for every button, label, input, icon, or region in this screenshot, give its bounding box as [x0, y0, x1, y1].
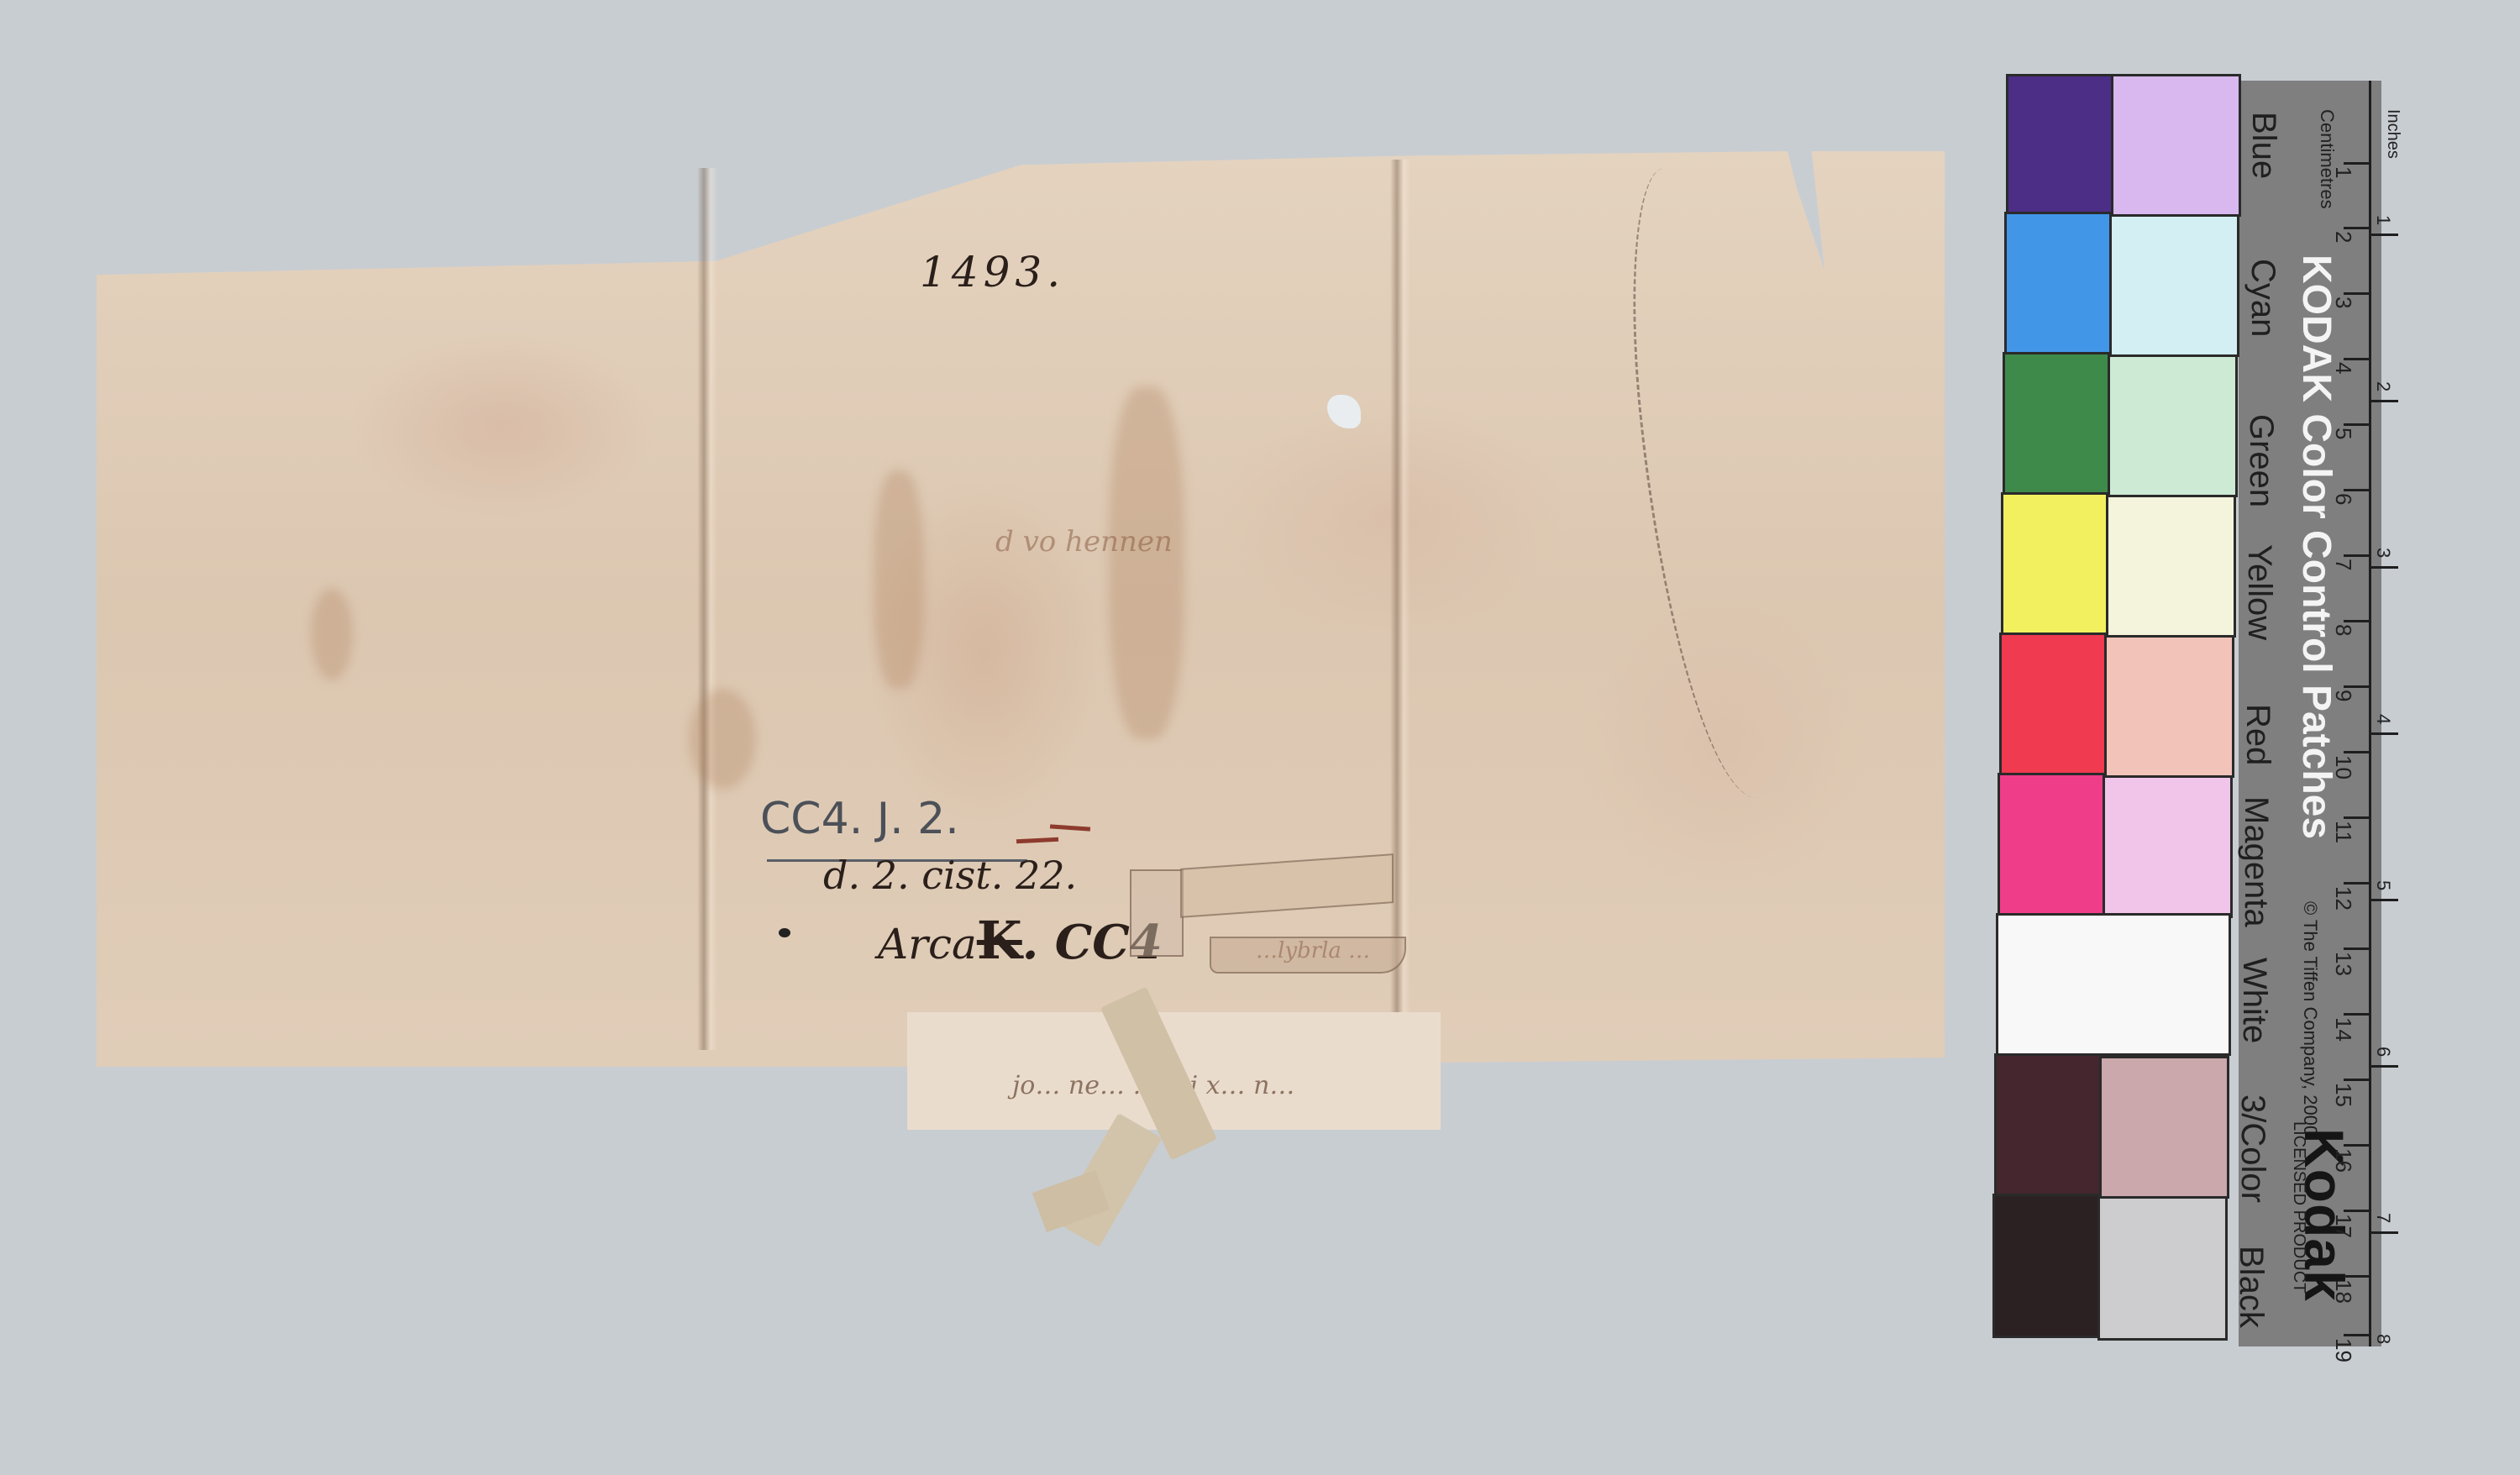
cm-tick-5: 5 — [2330, 428, 2356, 439]
inch-tick-1: 1 — [2372, 215, 2394, 225]
cm-tick-9: 9 — [2330, 690, 2356, 701]
patch-3color-dark — [1994, 1053, 2102, 1196]
patch-red-dark — [1999, 633, 2107, 775]
year-annotation: 1493. — [920, 248, 1065, 297]
label-green: Green — [2242, 414, 2280, 507]
inches-label: Inches — [2383, 109, 2402, 159]
ruler-line — [2369, 81, 2371, 1346]
target-title: KODAK Color Control Patches — [2293, 255, 2339, 839]
inch-tick-4: 4 — [2372, 714, 2394, 724]
inch-tick-2: 2 — [2372, 381, 2394, 391]
cm-tick-7: 7 — [2330, 559, 2356, 570]
kodak-color-target: Blue Cyan Green Yellow Red Magenta White… — [1999, 74, 2381, 1346]
label-blue: Blue — [2244, 112, 2282, 179]
inch-tick-5: 5 — [2372, 880, 2394, 890]
label-cyan: Cyan — [2244, 259, 2281, 337]
cm-tick-8: 8 — [2330, 624, 2356, 636]
patch-black-dark — [1992, 1194, 2100, 1338]
ink-dot — [779, 928, 790, 937]
cm-tick-10: 10 — [2330, 755, 2356, 779]
patch-cyan-dark — [2004, 212, 2112, 354]
cm-tick-17: 17 — [2330, 1214, 2356, 1238]
patch-green-dark — [2003, 352, 2110, 495]
patch-3color-light — [2099, 1056, 2229, 1199]
shelfmark-line-1: CC4. J. 2. — [760, 794, 959, 844]
inch-tick-6: 6 — [2372, 1047, 2394, 1057]
shelfmark-arca: Arca — [878, 920, 977, 968]
patch-blue-light — [2111, 74, 2241, 217]
patch-blue-dark — [2006, 74, 2113, 214]
cm-tick-2: 2 — [2330, 231, 2356, 243]
ribbon-note: …lybrla … — [1256, 938, 1370, 963]
patch-red-light — [2104, 635, 2234, 778]
shelfmark-line-2: d. 2. cist. 22. — [823, 853, 1077, 898]
copyright-notice: © The Tiffen Company, 2000 — [2299, 901, 2321, 1136]
cm-tick-13: 13 — [2330, 952, 2356, 976]
cm-tick-19: 19 — [2330, 1338, 2356, 1362]
cm-tick-12: 12 — [2330, 886, 2356, 911]
label-yellow: Yellow — [2240, 544, 2278, 640]
cm-tick-18: 18 — [2330, 1279, 2356, 1304]
patch-yellow-light — [2106, 495, 2236, 638]
centimetres-label: Centimetres — [2316, 109, 2338, 209]
label-3color: 3/Color — [2234, 1094, 2271, 1203]
cm-tick-3: 3 — [2330, 297, 2356, 308]
cm-tick-1: 1 — [2330, 166, 2356, 178]
stain — [689, 689, 756, 790]
cm-tick-16: 16 — [2330, 1148, 2356, 1173]
licensed-product: LICENSED PRODUCT — [2289, 1121, 2308, 1293]
patch-cyan-light — [2109, 214, 2239, 357]
stain — [311, 588, 353, 680]
inch-tick-8: 8 — [2372, 1334, 2394, 1344]
patch-white — [1996, 913, 2231, 1056]
patch-yellow-dark — [2001, 492, 2108, 635]
fold-line-left — [697, 168, 717, 1050]
shelfmark-letter: K — [977, 910, 1022, 971]
patch-black-light — [2097, 1196, 2228, 1341]
patch-magenta-dark — [1998, 773, 2105, 916]
cm-tick-11: 11 — [2330, 821, 2356, 843]
label-magenta: Magenta — [2237, 796, 2275, 927]
inch-tick-3: 3 — [2372, 548, 2394, 558]
cm-tick-14: 14 — [2330, 1017, 2356, 1042]
cm-tick-4: 4 — [2330, 362, 2356, 374]
label-black: Black — [2232, 1246, 2270, 1328]
stain — [1109, 386, 1184, 739]
faint-note: d vo hennen — [995, 525, 1173, 559]
label-red: Red — [2239, 704, 2276, 765]
shelfmark-line-3: ArcaK. CC4 — [878, 910, 1163, 971]
inch-tick-7: 7 — [2372, 1213, 2394, 1223]
patch-green-light — [2108, 354, 2238, 497]
cm-tick-15: 15 — [2330, 1083, 2356, 1107]
patch-magenta-light — [2103, 775, 2233, 918]
stain — [874, 470, 924, 689]
cm-tick-6: 6 — [2330, 493, 2356, 505]
drawn-ribbon: …lybrla … — [1130, 861, 1407, 979]
label-white: White — [2235, 958, 2273, 1043]
